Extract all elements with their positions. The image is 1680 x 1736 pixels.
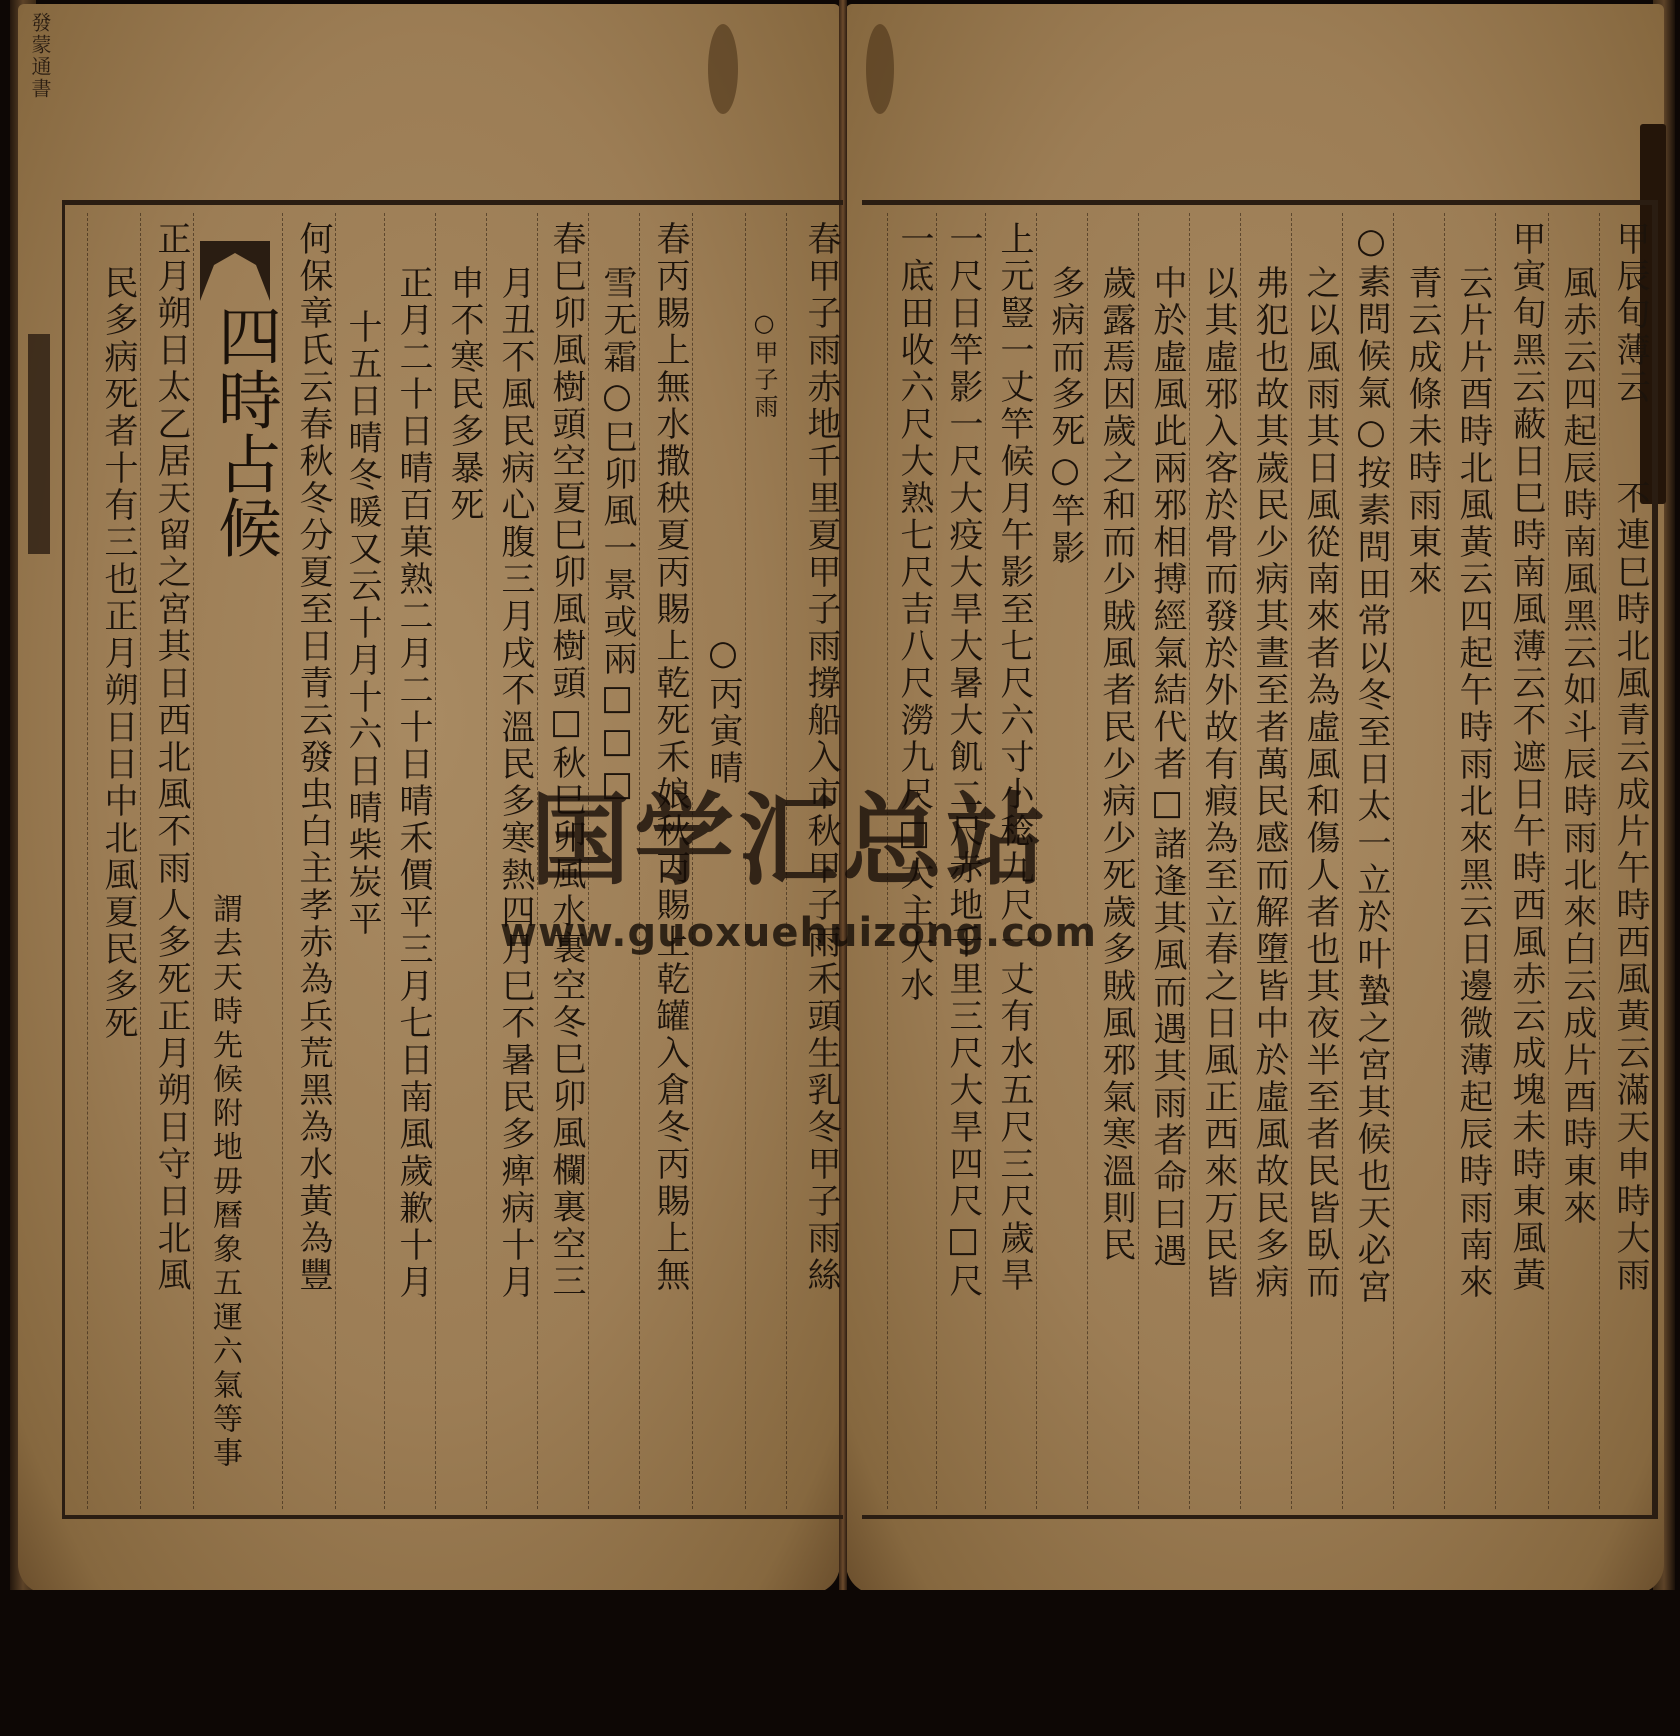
text-column: 十五日晴冬暖又云十月十六日晴柴炭平	[335, 213, 384, 1509]
heading-ornament	[200, 241, 270, 301]
side-caption: 發蒙通書	[26, 12, 55, 100]
text-column: 之以風雨其日風從南來者為虛風和傷人者也其夜半至者民皆臥而	[1291, 213, 1342, 1509]
paper-stain	[866, 24, 894, 114]
text-column: 風赤云四起辰時南風黑云如斗辰時雨北來白云成片酉時東來	[1548, 213, 1599, 1509]
text-column: 正月二十日晴百菓熟二月二十日晴禾價平三月七日南風歲歉十月	[384, 213, 435, 1509]
text-column: 甲辰旬薄云𫝀𫝀不連巳時北風青云成片午時西風黃云滿天申時大雨	[1599, 213, 1652, 1509]
text-column: 中於虛風此兩邪相搏經氣結代者□諸逢其風而遇其雨者命曰遇	[1138, 213, 1189, 1509]
text-column: 弗犯也故其歲民少病其晝至者萬民感而解墮皆中於虛風故民多病	[1240, 213, 1291, 1509]
text-column: 申不寒民多暴死	[435, 213, 486, 1509]
paper-stain	[708, 24, 738, 114]
text-column: 以其虛邪入客於骨而發於外故有瘕為至立春之日風正西來万民皆	[1189, 213, 1240, 1509]
text-column: 正月朔日太乙居天留之宮其日西北風不雨人多死正月朔日守日北風	[140, 213, 193, 1509]
text-column: 青云成條未時雨東來	[1393, 213, 1444, 1509]
heading-note: 謂去天時先候附地毋曆象五運六氣等事	[204, 713, 244, 1471]
text-column: ○素問候氣○按素問田常以冬至日太一立於叶蟄之宮其候也天必宮	[1342, 213, 1393, 1509]
watermark-title: 国学汇总站	[530, 760, 1050, 904]
section-heading-text: 四時占候	[207, 303, 281, 559]
watermark-url: www.guoxuehuizong.com	[500, 910, 1097, 956]
section-heading: 四時占候 謂去天時先候附地毋曆象五運六氣等事	[193, 213, 282, 1509]
text-column: 民多病死者十有三也正月朔日日中北風夏民多死	[87, 213, 140, 1509]
book-spread: 發蒙通書 春甲子雨赤地千里夏甲子雨撐船入市秋甲子雨禾頭生乳冬甲子雨絲 ○甲子雨 …	[10, 0, 1675, 1600]
text-column: 歲露焉因歲之和而少賊風者民少病少死歲多賊風邪氣寒溫則民	[1087, 213, 1138, 1509]
text-column: 云片片酉時北風黃云四起午時雨北來黑云日邊微薄起辰時雨南來	[1444, 213, 1495, 1509]
background-shadow	[0, 1590, 1680, 1736]
text-column: 甲寅旬黑云蔽日巳時南風薄云不遮日午時西風赤云成塊未時東風黃	[1495, 213, 1548, 1509]
side-bar	[28, 334, 50, 554]
text-column: 何保章氏云春秋冬分夏至日青云發虫白主孝赤為兵荒黑為水黃為豐	[282, 213, 335, 1509]
